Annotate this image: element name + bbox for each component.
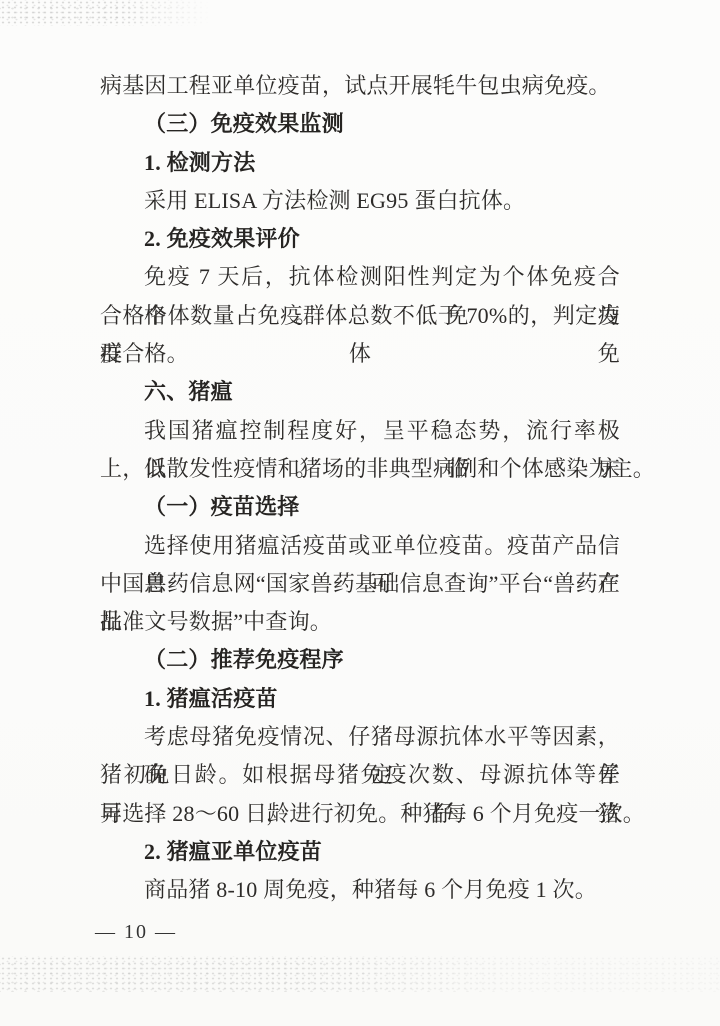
text-line: 考虑母猪免疫情况、仔猪母源抗体水平等因素，确定仔 bbox=[100, 718, 620, 756]
heading-line: （三）免疫效果监测 bbox=[100, 105, 620, 143]
text-line: 采用 ELISA 方法检测 EG95 蛋白抗体。 bbox=[100, 182, 620, 220]
document-page: 病基因工程亚单位疫苗，试点开展牦牛包虫病免疫。（三）免疫效果监测1. 检测方法采… bbox=[0, 0, 720, 1026]
text-line: 免疫 7 天后，抗体检测阳性判定为个体免疫合格。免疫 bbox=[100, 258, 620, 296]
text-line: 批准文号数据”中查询。 bbox=[100, 603, 620, 641]
heading-line: 1. 检测方法 bbox=[100, 144, 620, 182]
text-line: 商品猪 8-10 周免疫，种猪每 6 个月免疫 1 次。 bbox=[100, 871, 620, 909]
heading-line: 2. 猪瘟亚单位疫苗 bbox=[100, 833, 620, 871]
heading-line: 1. 猪瘟活疫苗 bbox=[100, 680, 620, 718]
heading-line: 2. 免疫效果评价 bbox=[100, 220, 620, 258]
text-line: 中国兽药信息网“国家兽药基础信息查询”平台“兽药产品 bbox=[100, 565, 620, 603]
text-line: 我国猪瘟控制程度好，呈平稳态势，流行率极低。临床 bbox=[100, 412, 620, 450]
heading-line: 六、猪瘟 bbox=[100, 373, 620, 411]
document-body: 病基因工程亚单位疫苗，试点开展牦牛包虫病免疫。（三）免疫效果监测1. 检测方法采… bbox=[100, 67, 620, 910]
text-line: 上，以散发性疫情和猪场的非典型病例和个体感染为主。 bbox=[100, 450, 620, 488]
text-line: 可选择 28～60 日龄进行初免。种猪每 6 个月免疫一次。 bbox=[100, 795, 620, 833]
heading-line: （一）疫苗选择 bbox=[100, 488, 620, 526]
heading-line: （二）推荐免疫程序 bbox=[100, 641, 620, 679]
scan-noise-bottom bbox=[0, 956, 720, 992]
text-line: 合格个体数量占免疫群体总数不低于 70%的，判定为群体免 bbox=[100, 297, 620, 335]
text-line: 选择使用猪瘟活疫苗或亚单位疫苗。疫苗产品信息可在 bbox=[100, 527, 620, 565]
text-line: 猪初免日龄。如根据母猪免疫次数、母源抗体等差异，仔猪 bbox=[100, 756, 620, 794]
scan-noise-top bbox=[0, 0, 215, 26]
text-line: 病基因工程亚单位疫苗，试点开展牦牛包虫病免疫。 bbox=[100, 67, 620, 105]
page-number: — 10 — bbox=[95, 921, 177, 944]
